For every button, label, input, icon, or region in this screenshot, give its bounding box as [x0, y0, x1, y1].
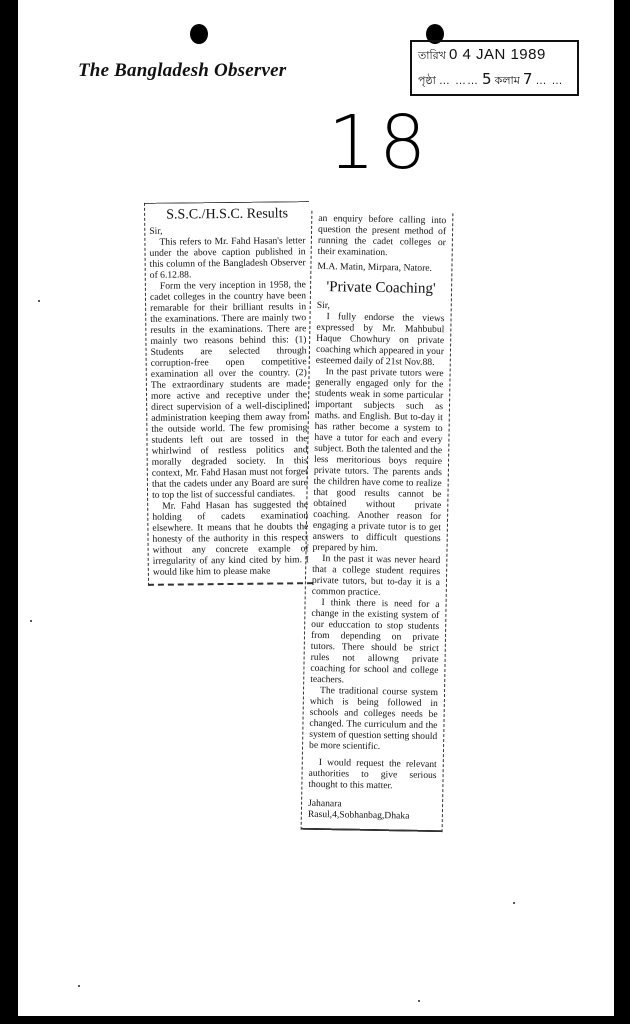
letter-continuation: an enquiry before calling into question …: [318, 213, 447, 259]
stamp-column-label: কলাম: [495, 75, 520, 87]
stamp-column-value: 7: [523, 70, 533, 88]
letter-signature: M.A. Matin, Mirpara, Natore.: [317, 261, 445, 274]
letter-paragraph: Mr. Fahd Hasan has suggested the holding…: [152, 499, 309, 578]
scan-speck: [30, 620, 32, 622]
newspaper-masthead: The Bangladesh Observer: [78, 60, 286, 82]
letter-paragraph: I think there is need for a change in th…: [310, 597, 440, 687]
stamp-date-value: 0 4 JAN 1989: [449, 46, 546, 63]
stamp-date-label: তারিখ: [418, 50, 446, 62]
letter-paragraph: This refers to Mr. Fahd Hasan's letter u…: [149, 235, 305, 281]
scan-speck: [78, 985, 80, 987]
stamp-page-value: 5: [482, 70, 492, 88]
letter-paragraph: I fully endorse the views expressed by M…: [316, 311, 445, 368]
archive-date-stamp: তারিখ 0 4 JAN 1989 পৃষ্ঠা … …… 5 কলাম 7 …: [410, 40, 579, 96]
stamp-page-label: পৃষ্ঠা: [418, 75, 436, 87]
scan-speck: [38, 300, 40, 302]
letter-paragraph: Form the very inception in 1958, the cad…: [150, 279, 308, 501]
scan-border-right: [614, 0, 630, 1024]
handwritten-page-number: 18: [328, 100, 430, 186]
scan-speck: [418, 1000, 420, 1002]
letter-paragraph: In the past private tutors were generall…: [312, 366, 443, 555]
scan-border-bottom: [0, 1016, 630, 1024]
letter-headline: S.S.C./H.S.C. Results: [149, 206, 305, 224]
letter-paragraph: I would request the relevant authorities…: [308, 757, 437, 792]
letter-paragraph: The traditional course system which is b…: [309, 685, 438, 753]
letter-clipping-private-coaching: an enquiry before calling into question …: [301, 211, 454, 832]
scan-speck: [513, 902, 515, 904]
letter-clipping-ssc-hsc: S.S.C./H.S.C. Results Sir, This refers t…: [144, 201, 313, 586]
letter-paragraph: In the past it was never heard that a co…: [312, 553, 441, 599]
letter-signature: Jahanara Rasul,4,Sobhanbag,Dhaka: [308, 798, 436, 822]
letter-headline: 'Private Coaching': [317, 278, 445, 298]
scan-border-left: [0, 0, 18, 1024]
punch-hole-icon: [190, 24, 208, 44]
